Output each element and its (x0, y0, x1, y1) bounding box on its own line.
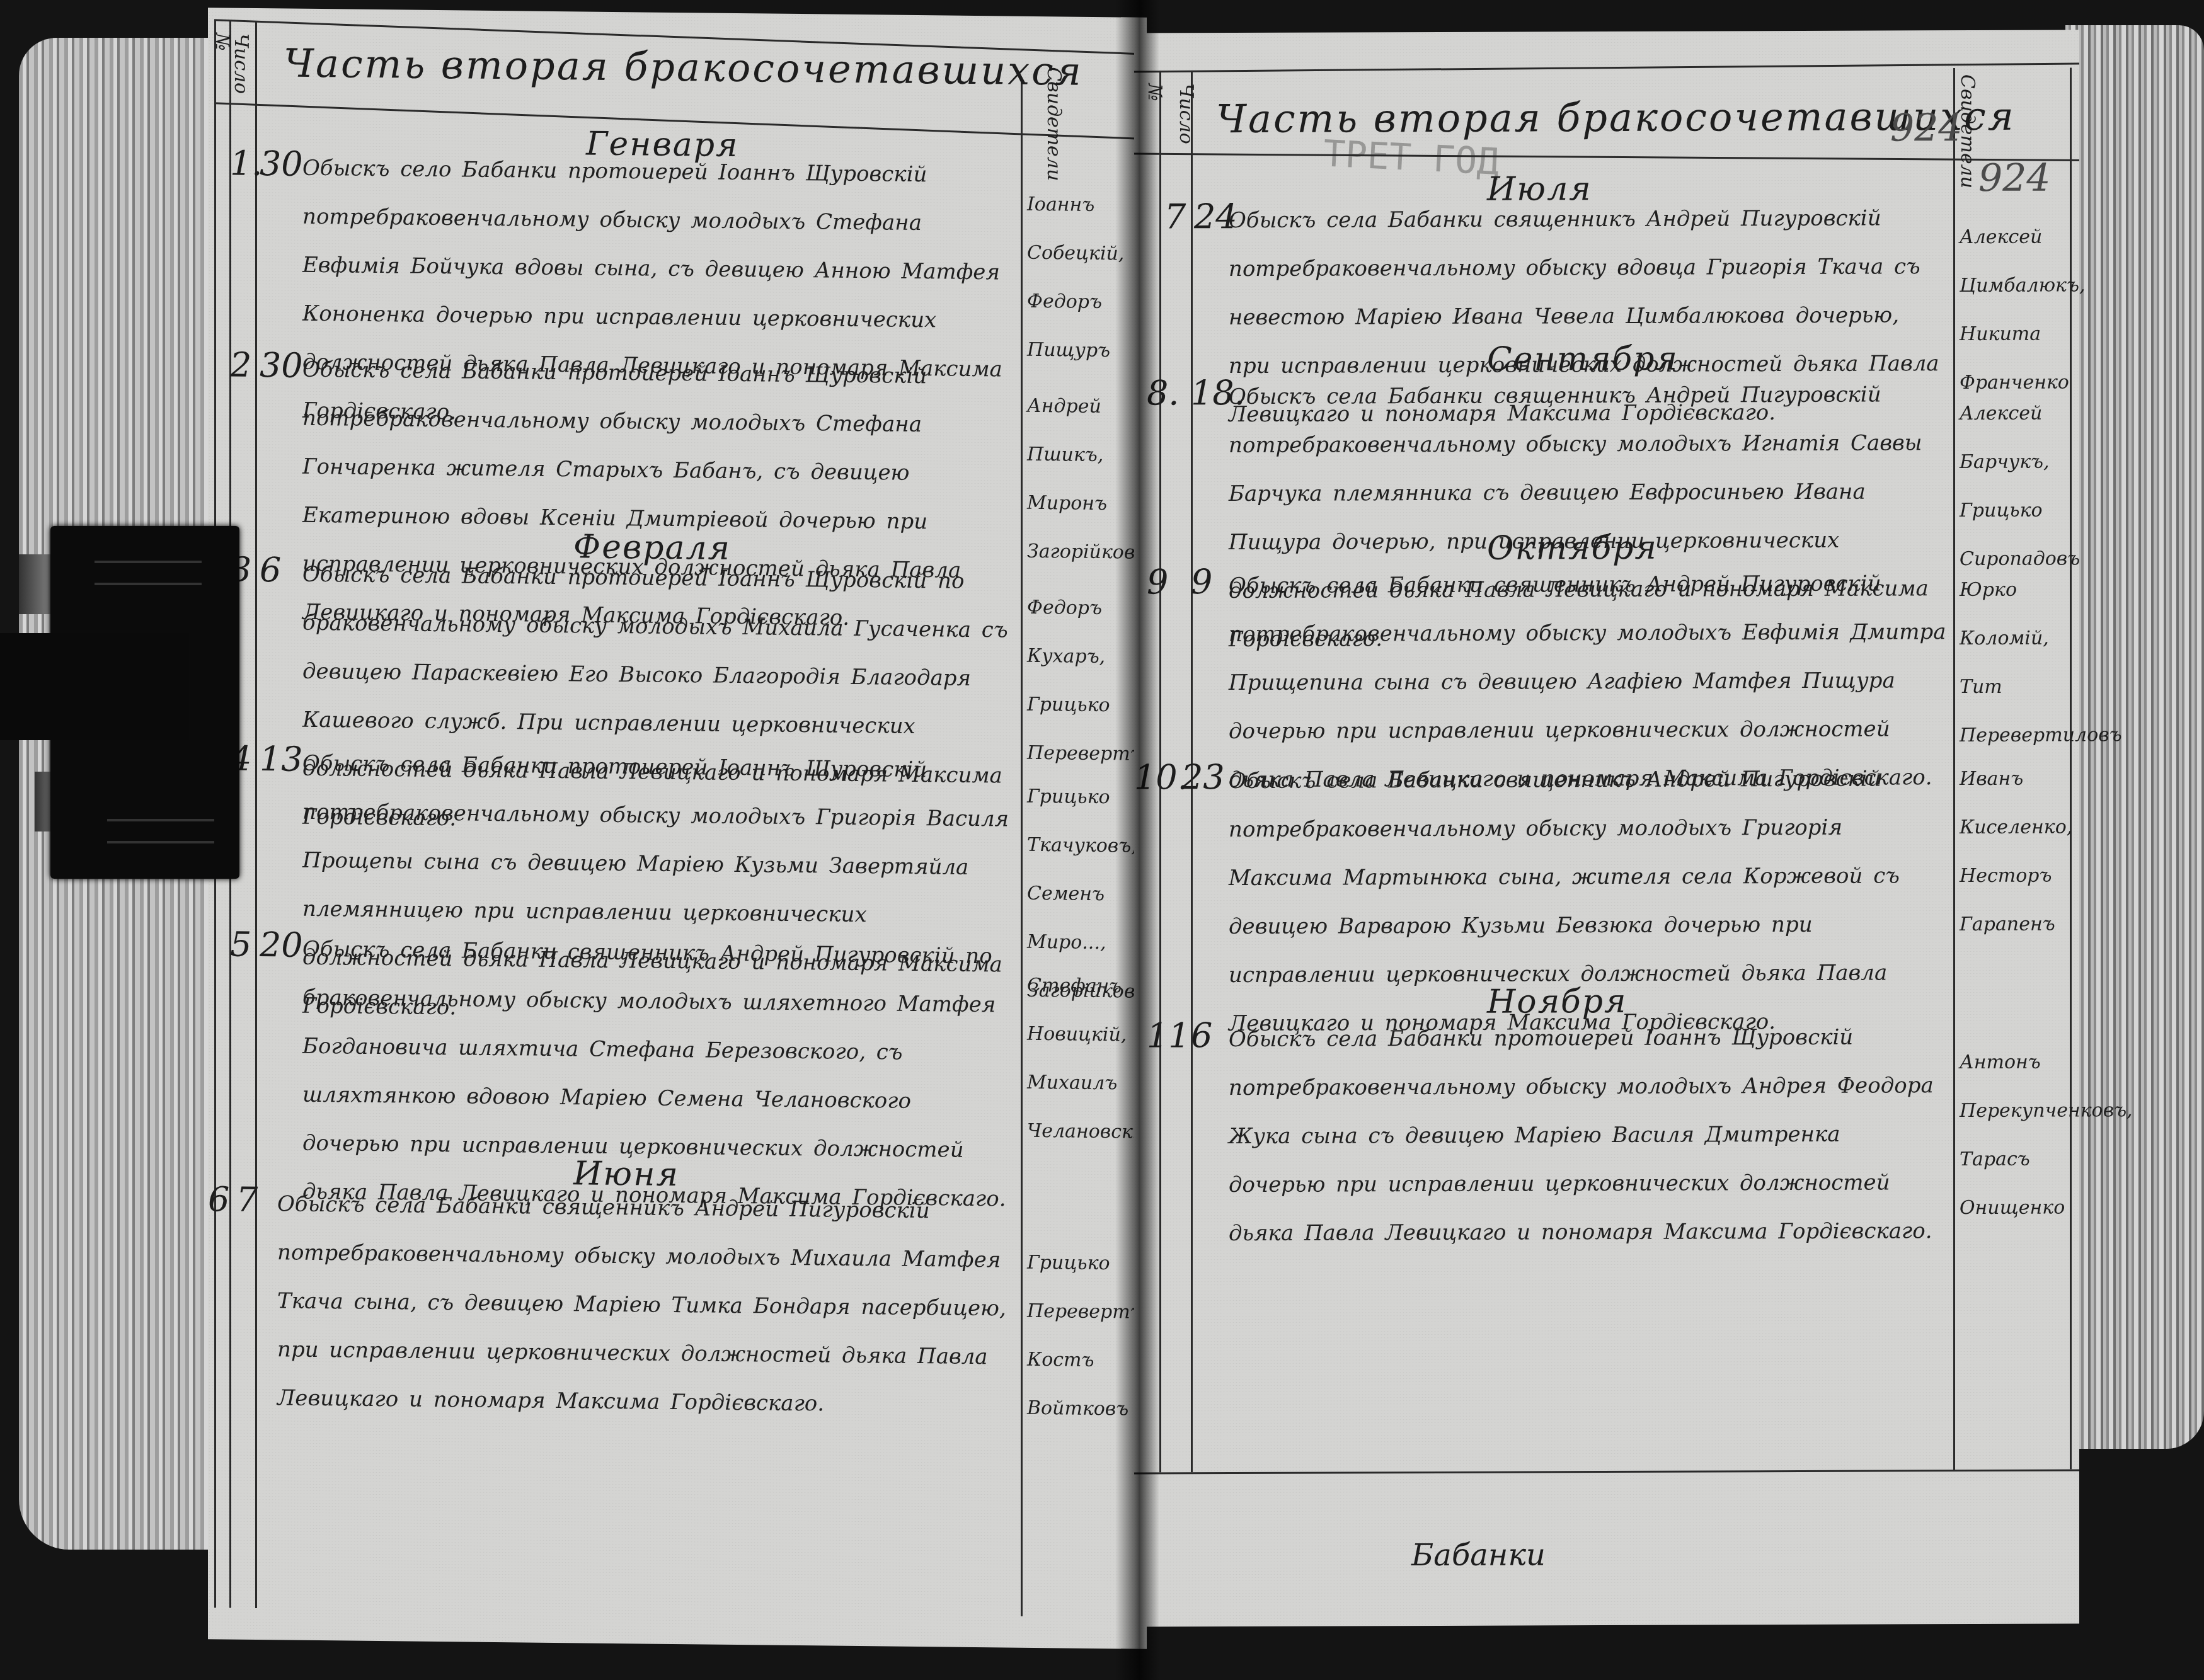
col-rule (1953, 68, 1955, 1470)
header-top-rule (1134, 63, 2079, 73)
footer-signature: Бабанки (1411, 1537, 1546, 1573)
page-title-left: Часть вторая бракосочетавшихся (284, 40, 1083, 94)
column-header-day: Число (230, 33, 252, 94)
footer-rule (1134, 1469, 2079, 1474)
entry-number: 2 (230, 345, 251, 385)
book-gutter (1115, 0, 1159, 1680)
entry-day: 23 (1181, 757, 1225, 797)
entry-day: 30 (260, 144, 303, 184)
right-page: № Число Свидетели Часть вторая бракосоче… (1134, 30, 2079, 1626)
entry-day: 7 (236, 1180, 258, 1220)
entry-text: Обыскъ села Бабанки священникъ Андрей Пи… (277, 1180, 1014, 1430)
column-header-day: Число (1175, 83, 1197, 144)
col-rule (1021, 79, 1023, 1616)
folio-number-header: 924 (1890, 106, 1963, 150)
open-register-book: № Число Свидетели Часть вторая бракосоче… (0, 0, 2204, 1680)
entry-number: 1. (230, 144, 263, 184)
clip-bar (0, 633, 189, 740)
entry-number: 7 (1164, 197, 1186, 236)
col-rule (255, 21, 257, 1608)
entry-witnesses: Алексей Цимбалюкъ, Никита Франченко (1960, 212, 2067, 407)
entry-day: 30 (260, 345, 303, 386)
entry-witnesses: Антонъ Перекупченковъ, Тарасъ Онищенко (1960, 1037, 2067, 1232)
faint-stamp: ТРЕТ ГОД (1322, 132, 1500, 183)
entry-number: 6 (208, 1179, 229, 1219)
entry-witnesses: Юрко Коломій, Тит Перевертиловъ (1960, 565, 2067, 760)
entry-witnesses: Алексей Барчукъ, Грицько Сиропадовъ (1960, 389, 2067, 583)
entry-day: 13 (260, 739, 303, 779)
entry-day: 9 (1191, 562, 1212, 602)
folio-number-margin: 924 (1978, 156, 2051, 200)
entry-text: Обыскъ села Бабанки протоиерей Іоаннъ Щу… (1229, 1013, 1947, 1258)
entry-witnesses: Иванъ Киселенко, Несторъ Гарапенъ (1960, 754, 2067, 949)
entry-day: 6 (260, 550, 281, 590)
entry-day: 6 (1191, 1015, 1212, 1055)
binder-clip (0, 526, 239, 879)
entry-number: 5 (230, 925, 251, 964)
left-page: № Число Свидетели Часть вторая бракосоче… (208, 8, 1147, 1649)
entry-day: 20 (260, 925, 303, 965)
header-bottom-rule (1134, 153, 2079, 161)
